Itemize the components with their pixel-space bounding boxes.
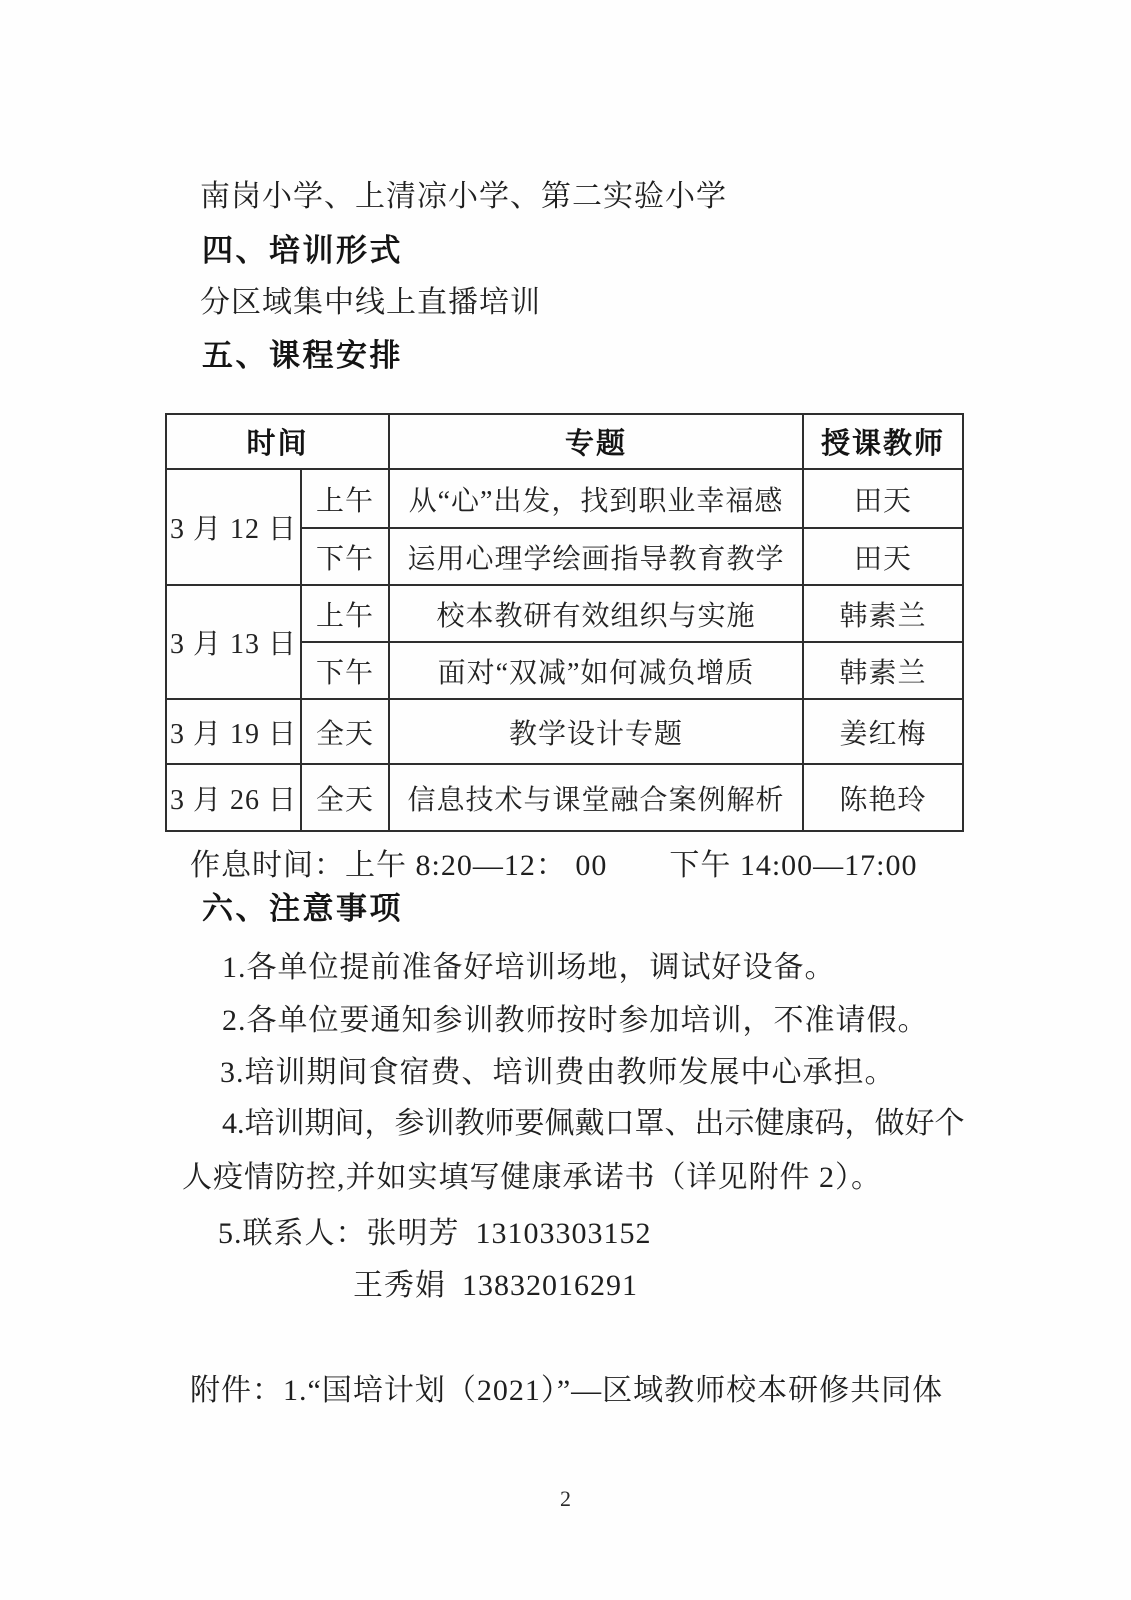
date-cell: 3 月 26 日 <box>166 764 301 831</box>
column-header-teacher: 授课教师 <box>803 414 963 469</box>
work-hours-line: 作息时间：上午 8:20—12： 00下午 14:00—17:00 <box>190 847 918 885</box>
page-number: 2 <box>0 1486 1131 1512</box>
section-six-heading: 六、注意事项 <box>202 890 403 928</box>
document-page: 南岗小学、上清凉小学、第二实验小学 四、培训形式 分区域集中线上直播培训 五、课… <box>0 0 1131 1600</box>
topic-cell: 面对“双减”如何减负增质 <box>389 642 803 699</box>
section-four-body: 分区域集中线上直播培训 <box>200 284 541 322</box>
column-header-topic: 专题 <box>389 414 803 469</box>
section-five-heading: 五、课程安排 <box>202 337 403 375</box>
topic-cell: 运用心理学绘画指导教育教学 <box>389 528 803 585</box>
notice-item-5-contact-1: 5.联系人：张明芳 13103303152 <box>218 1215 652 1253</box>
course-schedule-table: 时间 专题 授课教师 3 月 12 日 上午 从“心”出发，找到职业幸福感 田天… <box>165 413 964 832</box>
work-hours-label: 作息时间： <box>190 849 345 882</box>
column-header-time: 时间 <box>166 414 389 469</box>
slot-cell: 全天 <box>301 764 389 831</box>
table-row: 3 月 19 日 全天 教学设计专题 姜红梅 <box>166 699 963 764</box>
section-four-heading: 四、培训形式 <box>202 232 403 270</box>
date-cell: 3 月 13 日 <box>166 585 301 699</box>
topic-cell: 信息技术与课堂融合案例解析 <box>389 764 803 831</box>
work-hours-afternoon: 下午 14:00—17:00 <box>669 849 917 882</box>
slot-cell: 上午 <box>301 585 389 642</box>
teacher-cell: 田天 <box>803 469 963 528</box>
notice-item-2: 2.各单位要通知参训教师按时参加培训，不准请假。 <box>222 1002 929 1040</box>
notice-item-1: 1.各单位提前准备好培训场地，调试好设备。 <box>222 949 836 987</box>
teacher-cell: 姜红梅 <box>803 699 963 764</box>
slot-cell: 上午 <box>301 469 389 528</box>
notice-item-3: 3.培训期间食宿费、培训费由教师发展中心承担。 <box>220 1054 896 1092</box>
table-header-row: 时间 专题 授课教师 <box>166 414 963 469</box>
date-cell: 3 月 12 日 <box>166 469 301 585</box>
attachment-line: 附件：1.“国培计划（2021）”—区域教师校本研修共同体 <box>190 1372 943 1410</box>
slot-cell: 下午 <box>301 528 389 585</box>
topic-cell: 校本教研有效组织与实施 <box>389 585 803 642</box>
notice-item-4-line-2: 人疫情防控,并如实填写健康承诺书（详见附件 2）。 <box>182 1159 882 1197</box>
notice-item-4-line-1: 4.培训期间，参训教师要佩戴口罩、出示健康码，做好个 <box>222 1105 965 1143</box>
date-cell: 3 月 19 日 <box>166 699 301 764</box>
intro-schools-line: 南岗小学、上清凉小学、第二实验小学 <box>200 178 727 216</box>
teacher-cell: 陈艳玲 <box>803 764 963 831</box>
table-row: 3 月 13 日 上午 校本教研有效组织与实施 韩素兰 <box>166 585 963 642</box>
topic-cell: 从“心”出发，找到职业幸福感 <box>389 469 803 528</box>
table-row: 3 月 12 日 上午 从“心”出发，找到职业幸福感 田天 <box>166 469 963 528</box>
slot-cell: 下午 <box>301 642 389 699</box>
work-hours-morning: 上午 8:20—12： 00 <box>345 849 607 882</box>
teacher-cell: 韩素兰 <box>803 642 963 699</box>
teacher-cell: 田天 <box>803 528 963 585</box>
table-row: 3 月 26 日 全天 信息技术与课堂融合案例解析 陈艳玲 <box>166 764 963 831</box>
topic-cell: 教学设计专题 <box>389 699 803 764</box>
slot-cell: 全天 <box>301 699 389 764</box>
teacher-cell: 韩素兰 <box>803 585 963 642</box>
notice-item-5-contact-2: 王秀娟 13832016291 <box>353 1267 638 1305</box>
